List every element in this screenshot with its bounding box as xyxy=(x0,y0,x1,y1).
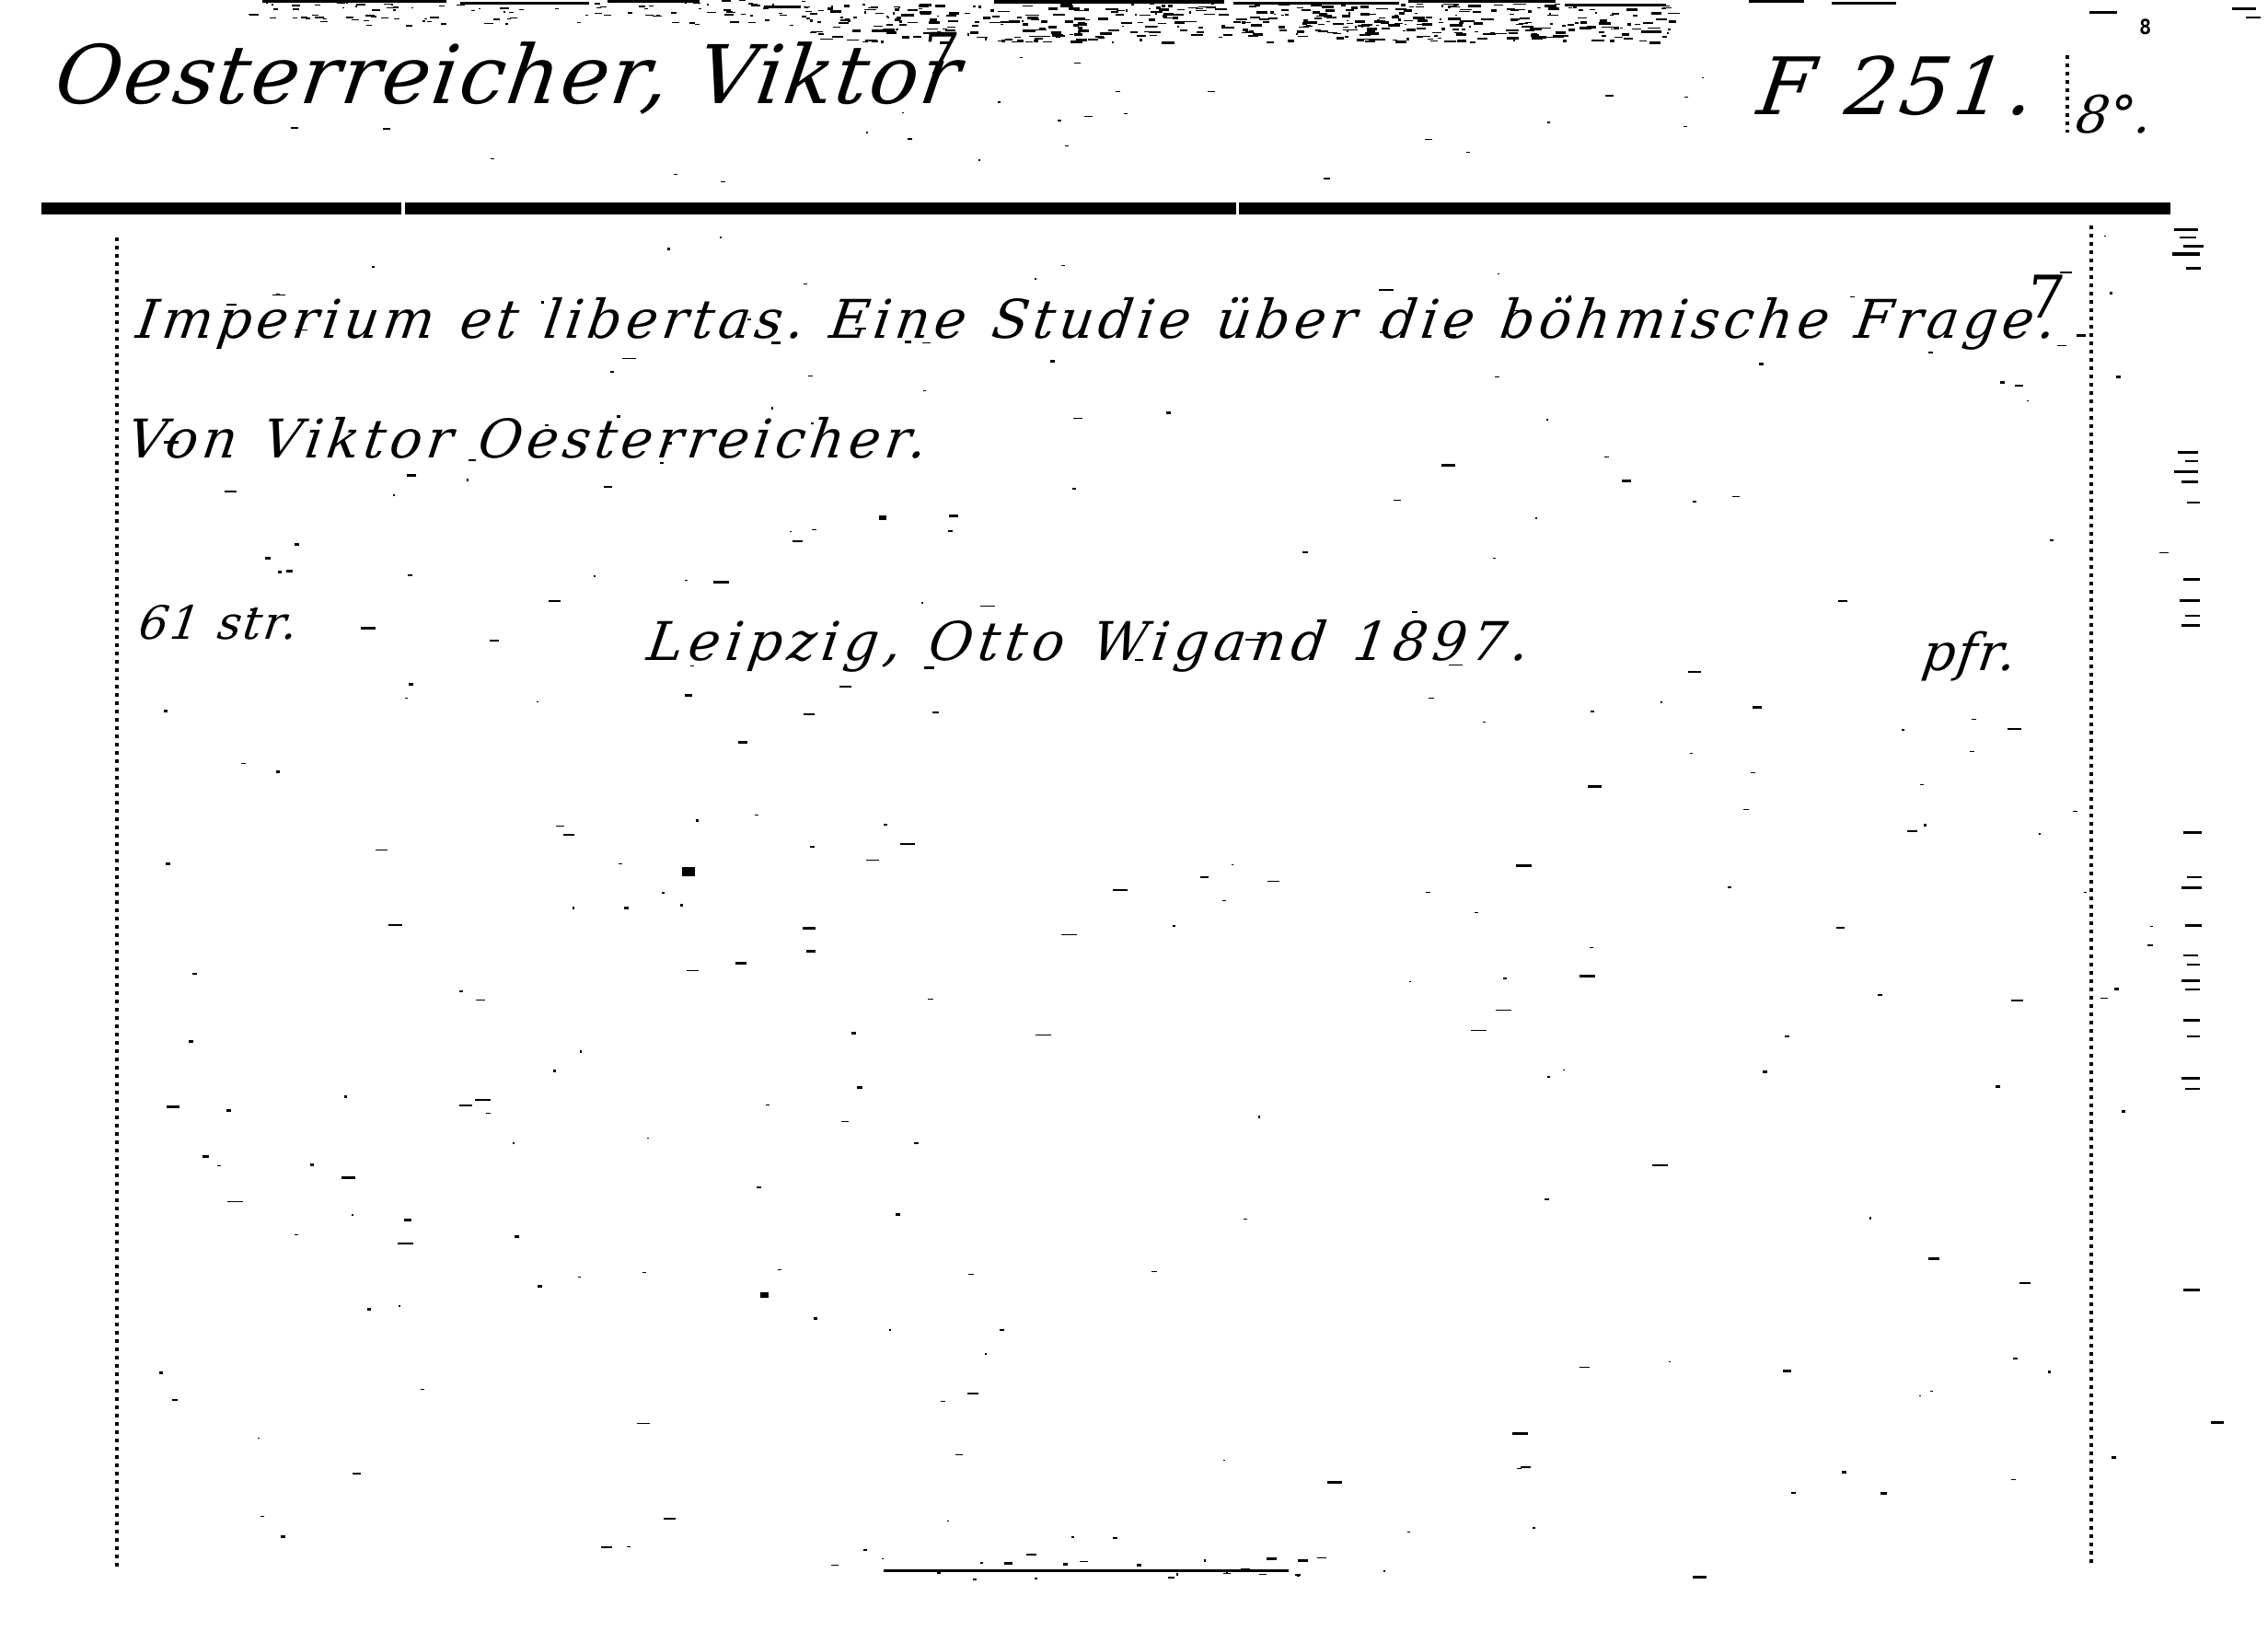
scan-speck xyxy=(1248,35,1258,37)
scan-speck xyxy=(1374,20,1385,23)
scan-speck xyxy=(1206,6,1216,8)
scan-speck xyxy=(2180,237,2196,238)
scan-speck xyxy=(993,22,1001,23)
scan-speck xyxy=(1074,63,1081,64)
scan-speck xyxy=(1643,22,1653,24)
scan-speck xyxy=(2181,480,2198,483)
scan-speck xyxy=(2084,892,2087,893)
scan-speck xyxy=(1245,31,1252,32)
scan-speck xyxy=(295,1234,298,1235)
scan-speck xyxy=(577,22,581,23)
scan-speck xyxy=(1394,500,1401,501)
scan-speck xyxy=(1149,8,1151,9)
scan-speck xyxy=(1022,20,1024,22)
scan-speck xyxy=(667,442,672,445)
scan-speck xyxy=(802,16,806,17)
scan-speck xyxy=(1071,1536,1074,1538)
scan-speck xyxy=(748,3,753,5)
scan-speck xyxy=(722,0,731,2)
scan-speck xyxy=(1417,28,1426,29)
scan-speck xyxy=(935,5,945,7)
scan-speck xyxy=(1281,9,1289,11)
scan-speck xyxy=(721,181,725,182)
scan-speck xyxy=(1463,33,1466,36)
scan-speck xyxy=(1304,21,1317,24)
scan-speck xyxy=(1063,1563,1068,1566)
scan-speck xyxy=(992,16,1000,17)
scan-speck xyxy=(1510,9,1519,11)
scan-speck xyxy=(276,770,280,773)
scan-speck xyxy=(968,1274,974,1275)
scan-speck xyxy=(227,1201,243,1202)
scan-speck xyxy=(1382,28,1390,29)
scan-speck xyxy=(690,665,694,666)
scan-speck xyxy=(1620,28,1623,29)
scan-speck xyxy=(1690,753,1693,754)
scan-speck xyxy=(1649,41,1660,44)
scan-speck xyxy=(292,6,296,6)
scan-speck xyxy=(1004,1562,1012,1565)
scan-speck xyxy=(1878,994,1882,996)
scan-speck xyxy=(1162,41,1174,44)
scan-speck xyxy=(1078,23,1087,26)
scan-speck xyxy=(1509,32,1518,34)
scan-speck xyxy=(1168,5,1173,7)
scan-speck xyxy=(1413,17,1425,19)
scan-speck xyxy=(1144,31,1151,32)
bottom-scan-line xyxy=(884,1569,1289,1572)
scan-speck xyxy=(899,24,907,26)
scan-speck xyxy=(1520,17,1530,19)
scan-speck xyxy=(720,237,722,238)
scan-speck xyxy=(1166,411,1171,414)
scan-speck xyxy=(1547,121,1550,123)
scan-speck xyxy=(1025,15,1028,16)
scan-speck xyxy=(337,2,345,4)
scan-speck xyxy=(2110,292,2112,295)
scan-speck xyxy=(680,904,683,907)
scan-speck xyxy=(882,1558,884,1559)
scan-speck xyxy=(779,13,782,14)
scan-speck xyxy=(871,6,878,8)
scan-speck xyxy=(1996,1085,2000,1088)
scan-speck xyxy=(772,4,774,6)
scan-speck xyxy=(563,834,574,836)
scan-speck xyxy=(556,826,564,827)
scan-speck xyxy=(2232,7,2256,10)
scan-speck xyxy=(1836,927,1845,929)
scan-speck xyxy=(1591,711,1594,712)
scan-speck xyxy=(908,9,918,11)
scan-speck xyxy=(1394,23,1403,24)
scan-speck xyxy=(619,863,622,864)
scan-speck xyxy=(457,5,465,6)
scan-speck xyxy=(1035,1578,1037,1579)
scan-speck xyxy=(1336,37,1344,40)
scan-speck xyxy=(1902,729,1904,731)
scan-speck xyxy=(2013,1358,2018,1359)
price-annotation: pfr. xyxy=(1919,628,2021,679)
scan-speck xyxy=(990,9,994,12)
scan-speck xyxy=(985,38,987,40)
scan-speck xyxy=(1652,30,1661,33)
scan-speck xyxy=(1360,13,1370,16)
scan-speck xyxy=(320,21,328,22)
scan-speck xyxy=(818,33,824,35)
scan-speck xyxy=(1150,35,1157,36)
scan-speck xyxy=(595,13,602,14)
scan-speck xyxy=(310,1163,314,1166)
scan-speck xyxy=(1399,12,1405,15)
scan-speck xyxy=(649,6,654,6)
scan-speck xyxy=(1483,722,1486,723)
scan-speck xyxy=(1357,39,1364,41)
scan-speck xyxy=(352,1214,353,1216)
scan-speck xyxy=(1158,23,1166,24)
scan-speck xyxy=(408,574,412,576)
scan-speck xyxy=(1660,701,1662,703)
scan-speck xyxy=(1568,24,1574,26)
scan-speck xyxy=(1595,12,1597,14)
scan-speck xyxy=(853,17,857,18)
scan-speck xyxy=(674,174,677,175)
scan-speck xyxy=(1605,95,1614,97)
scan-speck xyxy=(806,950,816,953)
scan-speck xyxy=(840,17,843,18)
scan-speck xyxy=(172,1399,178,1401)
scan-speck xyxy=(1651,12,1661,15)
scan-speck xyxy=(265,557,271,560)
scan-speck xyxy=(696,819,699,822)
scan-speck xyxy=(1575,22,1579,24)
scan-speck xyxy=(804,713,815,715)
scan-speck xyxy=(1838,600,1847,602)
scan-speck xyxy=(1441,28,1445,30)
scan-speck xyxy=(1088,39,1098,40)
scan-speck xyxy=(278,571,282,573)
scan-speck xyxy=(693,3,700,4)
scan-speck xyxy=(1198,27,1203,29)
scan-speck xyxy=(1140,39,1142,41)
scan-speck xyxy=(1222,900,1226,901)
scan-speck xyxy=(945,29,955,31)
scan-speck xyxy=(998,101,1001,103)
scan-speck xyxy=(1516,24,1523,25)
scan-speck xyxy=(383,128,390,130)
scan-speck xyxy=(1639,40,1647,41)
scan-speck xyxy=(1432,32,1441,33)
scan-speck xyxy=(895,18,899,19)
scan-speck xyxy=(970,31,978,34)
scan-speck xyxy=(2116,376,2121,378)
scan-speck xyxy=(1493,558,1496,559)
scan-speck xyxy=(1668,13,1680,14)
scan-speck xyxy=(1027,17,1038,19)
scan-speck xyxy=(802,1,805,2)
scan-speck xyxy=(1471,1030,1487,1031)
scan-speck xyxy=(2181,979,2200,982)
scan-speck xyxy=(1560,35,1568,37)
scan-speck xyxy=(1297,1575,1300,1577)
title-superscript-numeral: 7 xyxy=(2024,269,2067,328)
scan-speck xyxy=(845,18,850,20)
scan-speck xyxy=(1429,698,1434,699)
scan-speck xyxy=(2183,1019,2200,1022)
scan-speck xyxy=(1053,14,1065,16)
scan-speck xyxy=(1035,29,1047,30)
scan-speck xyxy=(1401,4,1406,6)
scan-speck xyxy=(1347,23,1353,24)
scan-speck xyxy=(1188,7,1198,8)
scan-speck xyxy=(1061,934,1077,935)
scan-speck xyxy=(1345,36,1348,38)
scan-speck xyxy=(459,990,463,992)
scan-speck xyxy=(724,14,734,16)
scan-speck xyxy=(1126,9,1128,12)
scan-speck xyxy=(486,1113,491,1114)
scan-speck xyxy=(1135,659,1143,661)
scan-speck xyxy=(352,19,359,20)
scan-speck xyxy=(1422,23,1432,26)
scan-speck xyxy=(627,1546,631,1547)
scan-speck xyxy=(790,25,793,26)
author-statement: Von Viktor Oesterreicher. xyxy=(124,412,935,466)
scan-speck xyxy=(1684,97,1688,98)
scan-speck xyxy=(519,9,524,10)
scan-speck xyxy=(1100,32,1112,35)
scan-speck xyxy=(899,20,902,22)
scan-speck xyxy=(1191,34,1203,36)
scan-speck xyxy=(771,341,781,344)
scan-speck xyxy=(1135,14,1137,16)
scan-speck xyxy=(1261,19,1268,20)
scan-speck xyxy=(938,6,940,6)
scan-speck xyxy=(1298,1559,1308,1562)
scan-speck xyxy=(1061,265,1065,266)
scan-speck xyxy=(1325,9,1335,12)
scan-speck xyxy=(810,32,816,33)
scan-speck xyxy=(886,24,893,26)
scan-speck xyxy=(1388,24,1400,27)
scan-speck xyxy=(1928,352,1933,353)
scan-speck xyxy=(407,311,411,313)
scan-speck xyxy=(980,1562,983,1564)
scan-speck xyxy=(2172,252,2200,256)
scan-speck xyxy=(604,486,612,488)
scan-speck xyxy=(928,999,933,1000)
scan-speck xyxy=(394,18,399,19)
scan-speck xyxy=(1417,4,1423,5)
scan-speck xyxy=(1579,1367,1590,1368)
scan-speck xyxy=(805,11,812,12)
scan-speck xyxy=(578,1277,581,1278)
scan-speck xyxy=(1065,145,1069,146)
scan-speck xyxy=(384,4,391,5)
scan-speck xyxy=(1279,4,1290,6)
scan-speck xyxy=(273,8,278,10)
scan-speck xyxy=(924,666,934,669)
scan-speck xyxy=(645,15,654,16)
scan-speck xyxy=(1080,1561,1088,1562)
scan-speck xyxy=(730,21,739,23)
scan-speck xyxy=(1496,1010,1511,1011)
format-statement: 8°. xyxy=(2073,90,2155,142)
scan-speck xyxy=(1113,1537,1117,1539)
scan-speck xyxy=(1521,1466,1531,1468)
scan-speck xyxy=(1532,33,1537,35)
scan-speck xyxy=(940,41,949,44)
scan-speck xyxy=(2019,1282,2031,1284)
scan-speck xyxy=(1379,289,1394,291)
scan-speck xyxy=(1622,33,1629,36)
scan-speck xyxy=(973,6,976,7)
scan-speck xyxy=(1151,1271,1157,1272)
scan-speck xyxy=(1025,41,1033,42)
scan-speck xyxy=(750,15,753,17)
scan-speck xyxy=(460,2,589,5)
scan-speck xyxy=(315,17,324,18)
scan-speck xyxy=(617,415,620,418)
scan-speck xyxy=(1189,11,1191,14)
scan-speck xyxy=(902,112,904,113)
scan-speck xyxy=(1517,1468,1522,1469)
scan-speck xyxy=(2000,381,2005,384)
scan-speck xyxy=(1296,33,1298,35)
scan-speck xyxy=(1374,39,1385,40)
scan-speck xyxy=(1084,116,1093,117)
scan-speck xyxy=(862,41,868,42)
scan-speck xyxy=(1415,13,1417,14)
scan-speck xyxy=(262,0,446,3)
scan-speck xyxy=(949,515,958,517)
scan-speck xyxy=(276,294,280,295)
scan-speck xyxy=(840,22,849,24)
scan-speck xyxy=(1546,419,1548,421)
scan-speck xyxy=(1588,785,1602,788)
scan-speck xyxy=(1428,39,1433,40)
scan-speck xyxy=(1122,26,1124,27)
scan-speck xyxy=(839,22,841,24)
scan-speck xyxy=(820,39,833,40)
scan-speck xyxy=(1590,9,1595,10)
scan-speck xyxy=(1907,830,1917,832)
scan-speck xyxy=(1233,21,1241,23)
scan-speck xyxy=(1333,33,1341,34)
scan-speck xyxy=(1060,6,1073,7)
scan-speck xyxy=(1578,17,1587,18)
scan-speck xyxy=(1662,36,1667,38)
scan-speck xyxy=(286,570,293,573)
scan-speck xyxy=(741,14,746,15)
scan-speck xyxy=(1376,25,1379,26)
scan-speck xyxy=(1880,1492,1887,1495)
scan-speck xyxy=(1156,6,1161,9)
scan-speck xyxy=(687,970,699,971)
scan-speck xyxy=(1355,20,1365,23)
scan-speck xyxy=(537,701,538,702)
scan-speck xyxy=(1495,376,1499,377)
scan-speck xyxy=(1459,11,1470,12)
scan-speck xyxy=(1111,11,1118,13)
scan-speck xyxy=(947,1521,949,1521)
scan-speck xyxy=(937,1572,941,1574)
scan-speck xyxy=(1244,1219,1247,1220)
scan-speck xyxy=(1298,36,1308,37)
scan-speck xyxy=(1300,30,1304,33)
scan-speck xyxy=(862,4,865,6)
scan-speck xyxy=(549,600,561,602)
scan-speck xyxy=(1242,32,1255,33)
scan-speck xyxy=(1568,29,1575,31)
scan-speck xyxy=(864,11,866,14)
scan-speck xyxy=(491,158,494,159)
scan-speck xyxy=(1407,1532,1410,1533)
scan-speck xyxy=(738,741,747,744)
scan-speck xyxy=(1023,23,1028,26)
scan-speck xyxy=(555,8,559,9)
scan-speck xyxy=(1928,1257,1939,1260)
scan-speck xyxy=(930,18,937,21)
scan-speck xyxy=(1073,418,1082,419)
scan-speck xyxy=(1256,11,1267,14)
scan-speck xyxy=(1753,706,1762,709)
scan-speck xyxy=(2178,451,2198,454)
scan-speck xyxy=(1512,1432,1528,1435)
scan-speck xyxy=(1448,6,1451,8)
scan-speck xyxy=(399,1305,400,1307)
scan-speck xyxy=(1548,7,1559,10)
scan-speck xyxy=(1137,35,1146,37)
scan-speck xyxy=(637,1423,650,1424)
scan-speck xyxy=(1610,40,1614,42)
scan-speck xyxy=(1365,40,1375,42)
scan-speck xyxy=(1791,1492,1796,1494)
scan-speck xyxy=(490,640,499,642)
scan-speck xyxy=(1138,22,1143,23)
scan-speck xyxy=(1180,29,1187,31)
scan-speck xyxy=(1832,2,1896,5)
scan-speck xyxy=(628,12,632,14)
scan-speck xyxy=(1281,15,1284,16)
scan-speck xyxy=(1494,5,1503,6)
scan-speck xyxy=(839,686,851,688)
scan-speck xyxy=(857,1086,862,1089)
scan-speck xyxy=(1267,881,1279,882)
scan-speck xyxy=(763,7,769,9)
scan-speck xyxy=(1702,77,1704,78)
scan-speck xyxy=(886,16,888,17)
scan-speck xyxy=(1587,26,1596,29)
scan-speck xyxy=(965,13,970,14)
scan-speck xyxy=(585,15,588,16)
scan-speck xyxy=(2027,400,2029,401)
scan-speck xyxy=(1117,10,1125,11)
scan-speck xyxy=(1449,665,1463,665)
scan-speck xyxy=(1498,273,1499,274)
scan-speck xyxy=(1048,7,1058,10)
scan-speck xyxy=(1562,25,1566,27)
scan-speck xyxy=(1037,36,1050,37)
scan-speck xyxy=(422,20,425,22)
scan-speck xyxy=(1232,864,1233,865)
scan-speck xyxy=(866,132,868,133)
scan-speck xyxy=(409,683,413,686)
scan-speck xyxy=(1403,30,1406,31)
scan-speck xyxy=(1360,6,1369,8)
scan-speck xyxy=(2174,228,2198,231)
scan-speck xyxy=(1373,32,1379,35)
scan-speck xyxy=(2183,831,2202,834)
